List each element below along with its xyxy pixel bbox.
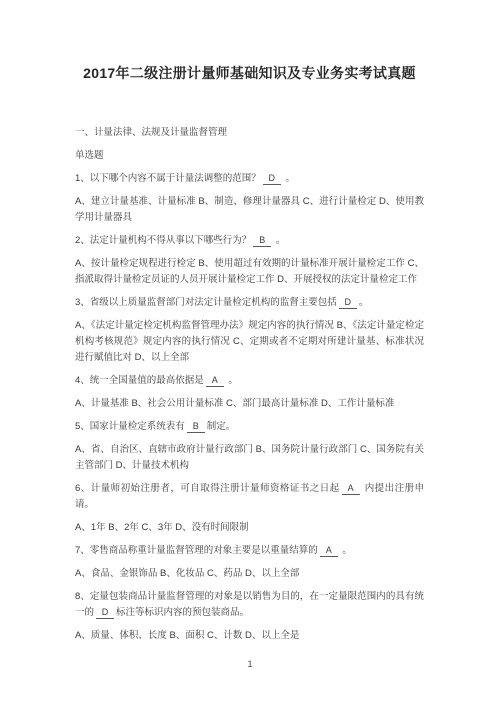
- document-page: 2017年二级注册计量师基础知识及专业务实考试真题 一、计量法律、法规及计量监督…: [0, 0, 500, 708]
- question-5-answer-blank: B: [187, 421, 205, 433]
- question-2-answer-blank: B: [253, 235, 271, 247]
- question-4-text: 4、统一全国量值的最高依据是A 。: [75, 373, 424, 389]
- question-3-prefix: 3、省级以上质量监督部门对法定计量检定机构的监督主要包括: [75, 297, 337, 308]
- question-5-text: 5、国家计量检定系统表有B制定。: [75, 419, 424, 435]
- page-number: 1: [0, 659, 500, 670]
- question-6-options: A、1年 B、2年 C、3年 D、没有时间限制: [75, 520, 424, 536]
- question-type-label: 单选题: [75, 148, 424, 164]
- question-3-options: A、《法定计量定检定机构监督管理办法》规定内容的执行情况 B、《法定计量定检定机…: [75, 318, 424, 366]
- question-6-prefix: 6、计量师初始注册者，可自取得注册计量师资格证书之日起: [75, 483, 340, 494]
- question-3-suffix: 。: [359, 297, 369, 308]
- question-7-text: 7、零售商品称重计量监督管理的对象主要是以重量结算的A 。: [75, 543, 424, 559]
- question-4-prefix: 4、统一全国量值的最高依据是: [75, 375, 204, 386]
- question-8-suffix: 标注等标识内容的预包装商品。: [116, 607, 249, 618]
- question-6-answer-blank: A: [342, 483, 360, 495]
- question-1-answer-blank: D: [263, 173, 281, 185]
- section-heading: 一、计量法律、法规及计量监督管理: [75, 125, 424, 141]
- question-7-prefix: 7、零售商品称重计量监督管理的对象主要是以重量结算的: [75, 545, 318, 556]
- question-4-suffix: 。: [226, 375, 238, 386]
- question-1-options: A、建立计量基准、计量标准 B、制造、修理计量器具 C、进行计量检定 D、使用教…: [75, 194, 424, 226]
- question-2-text: 2、法定计量机构不得从事以下哪些行为？B 。: [75, 233, 424, 249]
- question-3-answer-blank: D: [339, 297, 357, 309]
- question-2-prefix: 2、法定计量机构不得从事以下哪些行为？: [75, 235, 251, 246]
- question-5-prefix: 5、国家计量检定系统表有: [75, 421, 185, 432]
- question-5-suffix: 制定。: [207, 421, 236, 432]
- question-2-suffix: 。: [273, 235, 285, 246]
- question-7-answer-blank: A: [320, 545, 338, 557]
- question-4-options: A、计量基准 B、社会公用计量标准 C、部门最高计量标准 D、工作计量标准: [75, 396, 424, 412]
- question-1-suffix: 。: [283, 173, 295, 184]
- question-8-options: A、质量、体积、长度 B、面积 C、计数 D、以上全是: [75, 628, 424, 644]
- question-3-text: 3、省级以上质量监督部门对法定计量检定机构的监督主要包括D。: [75, 295, 424, 311]
- page-title: 2017年二级注册计量师基础知识及专业务实考试真题: [75, 64, 424, 83]
- question-6-text: 6、计量师初始注册者，可自取得注册计量师资格证书之日起A 内提出注册申请。: [75, 481, 424, 513]
- question-4-answer-blank: A: [206, 375, 224, 387]
- question-2-options: A、按计量检定规程进行检定 B、使用超过有效期的计量标准开展计量检定工作 C、指…: [75, 256, 424, 288]
- question-5-options: A、省、自治区、直辖市政府计量行政部门 B、国务院计量行政部门 C、国务院有关主…: [75, 442, 424, 474]
- question-7-suffix: 。: [340, 545, 352, 556]
- question-1-text: 1、以下哪个内容不属于计量法调整的范围？D 。: [75, 171, 424, 187]
- document-body: 一、计量法律、法规及计量监督管理 单选题 1、以下哪个内容不属于计量法调整的范围…: [75, 125, 424, 644]
- question-8-text: 8、定量包装商品计量监督管理的对象是以销售为目的，在一定量限范围内的具有统一的D…: [75, 589, 424, 621]
- question-8-answer-blank: D: [96, 607, 114, 619]
- question-7-options: A、食品、金银饰品 B、化妆品 C、药品 D、以上全部: [75, 566, 424, 582]
- question-1-prefix: 1、以下哪个内容不属于计量法调整的范围？: [75, 173, 261, 184]
